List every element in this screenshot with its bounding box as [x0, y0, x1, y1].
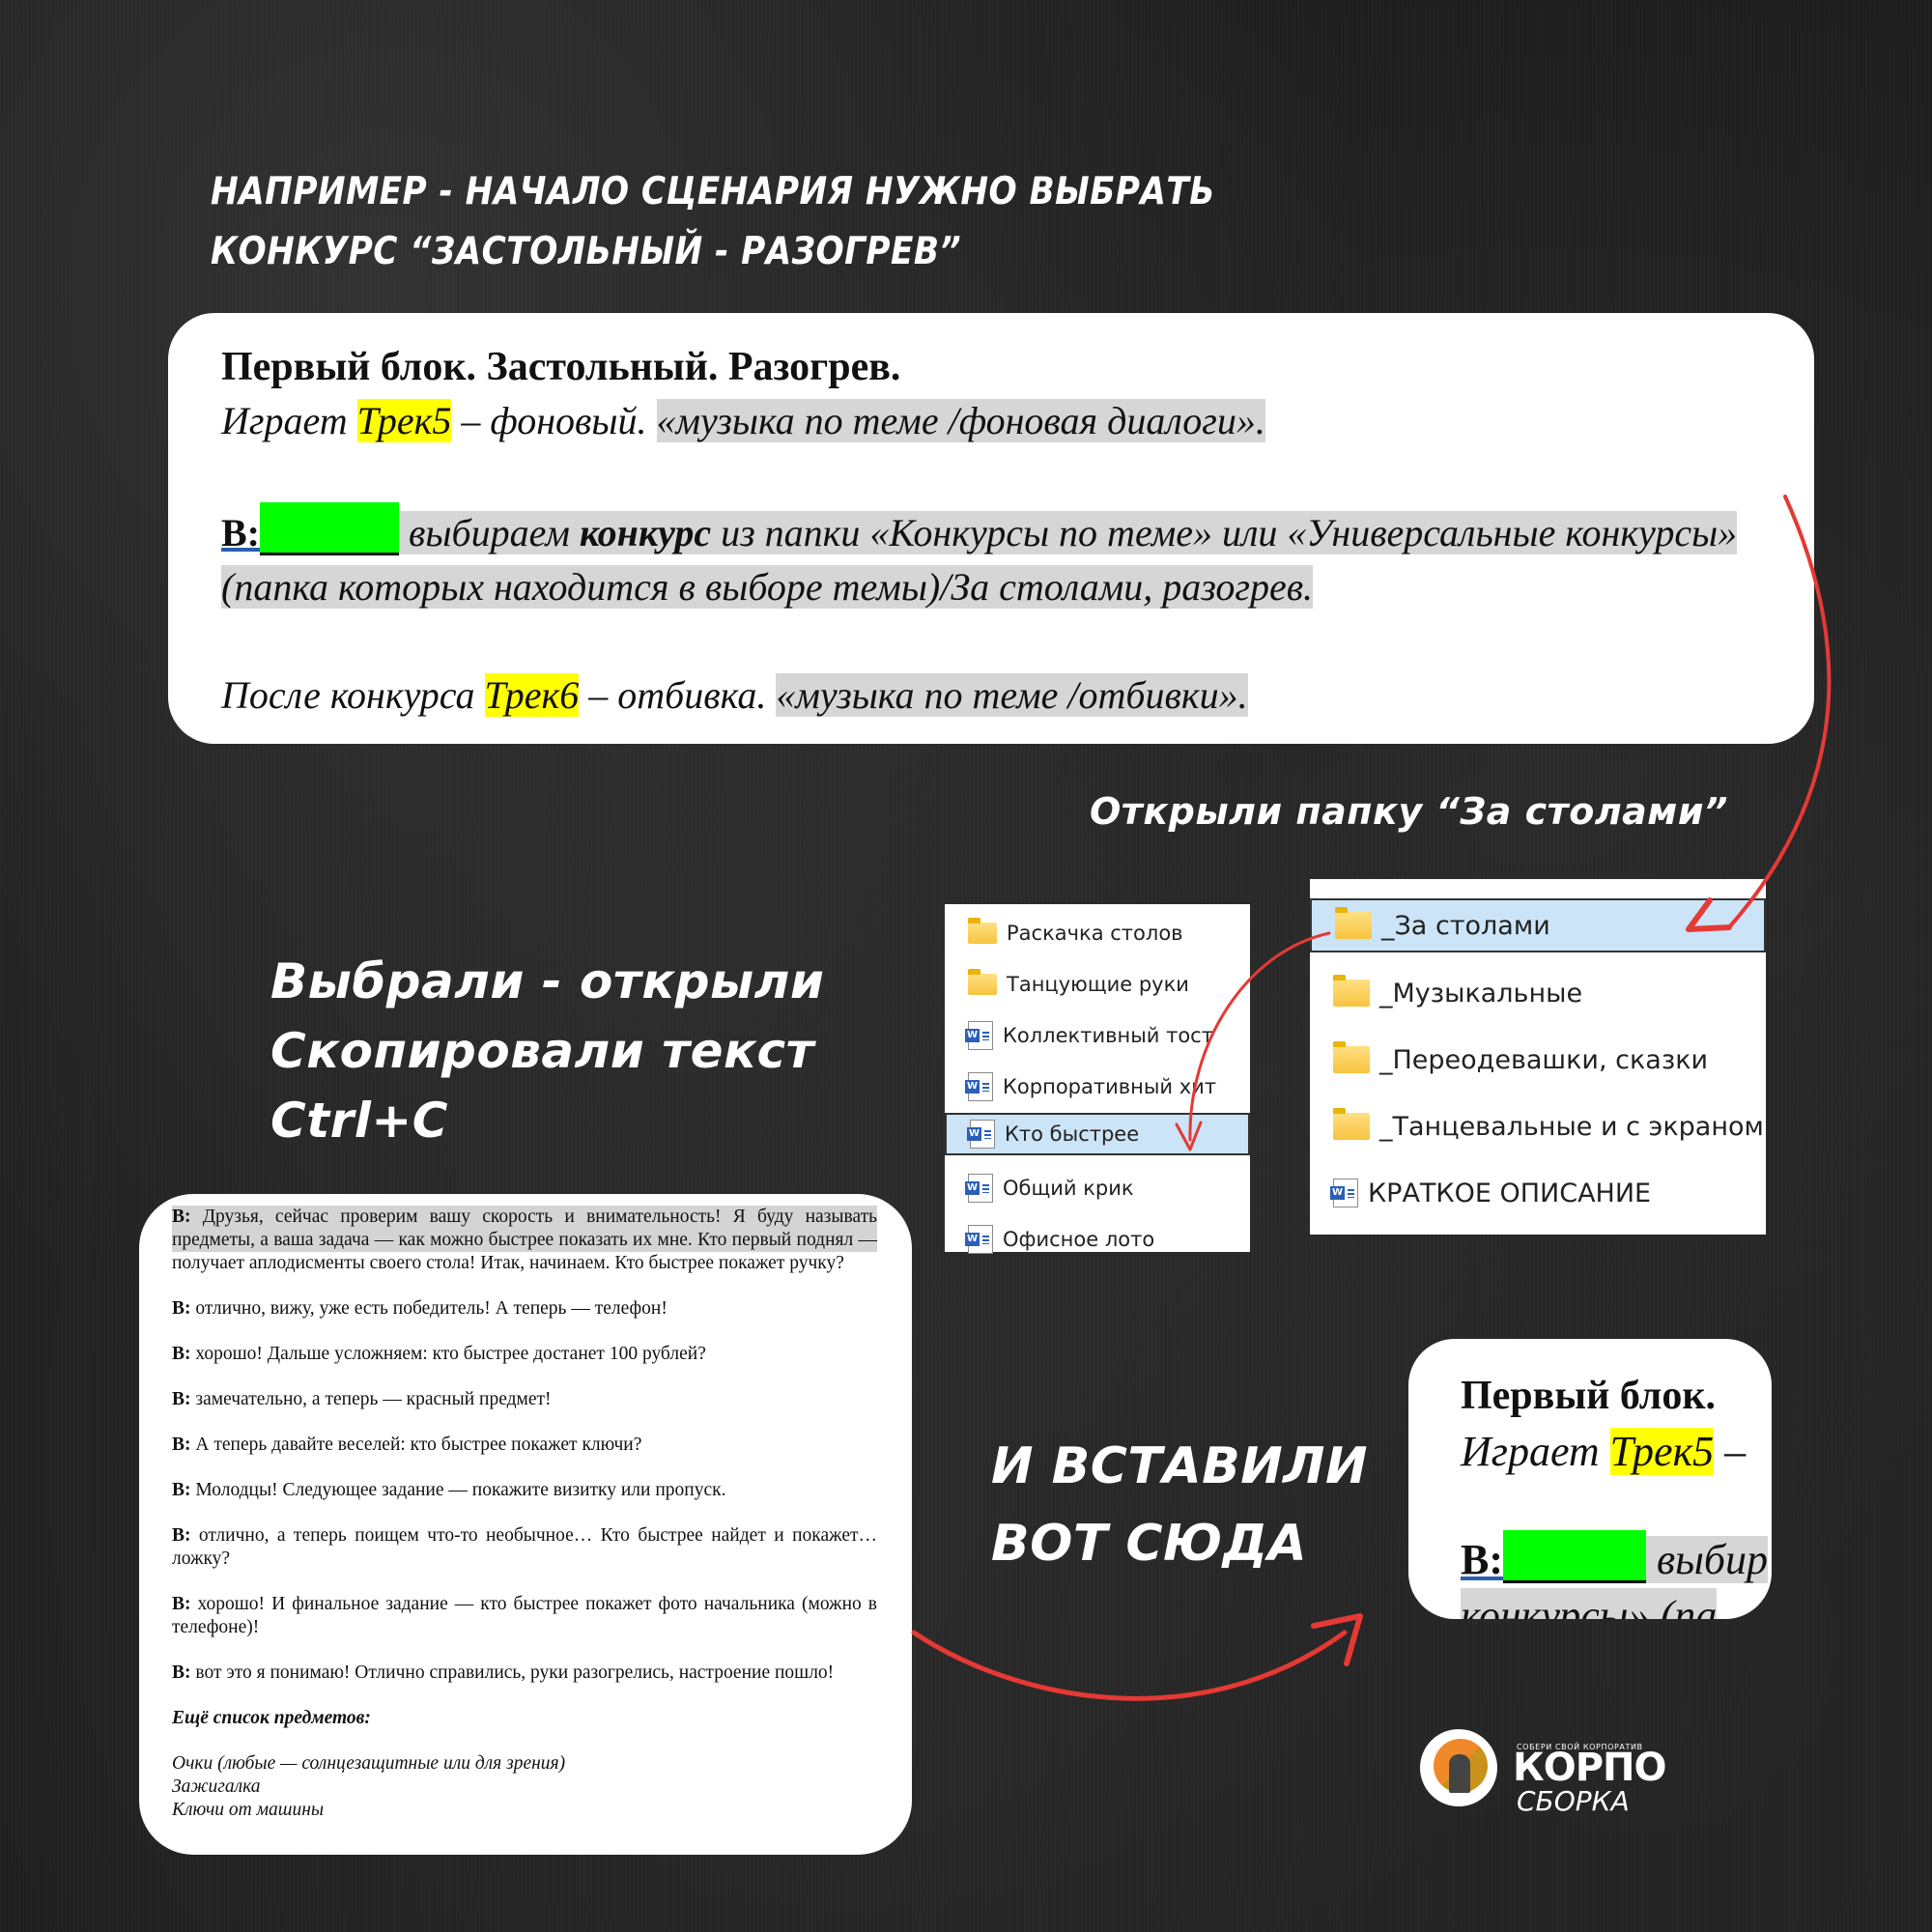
folder-icon [1333, 980, 1370, 1007]
file-item-corporate-hit[interactable]: W Корпоративный хит [945, 1065, 1250, 1108]
page-title: НАПРИМЕР - НАЧАЛО СЦЕНАРИЯ НУЖНО ВЫБРАТЬ… [211, 162, 1215, 282]
folder-icon [1333, 1113, 1370, 1140]
track5-line: Играет Трек5 – фоновый. «музыка по теме … [221, 394, 1786, 448]
word-doc-icon: W [968, 1174, 993, 1203]
logo-mascot-icon [1420, 1729, 1497, 1806]
paste-target-placeholder[interactable] [1503, 1530, 1646, 1583]
arrow-head-paste [1314, 1616, 1360, 1663]
folder-item-musical[interactable]: _Музыкальные [1310, 966, 1766, 1020]
block-heading: Первый блок. Застольный. Разогрев. [221, 340, 1786, 394]
folder-icon [1335, 912, 1372, 939]
folder-icon [968, 974, 997, 995]
script-paragraph: В: отлично, вижу, уже есть победитель! А… [172, 1297, 877, 1321]
script-paragraph: В: А теперь давайте веселей: кто быстрее… [172, 1434, 877, 1457]
brand-logo: СОБЕРИ СВОЙ КОРПОРАТИВ КОРПО СБОРКА [1420, 1729, 1671, 1826]
paste-target-card: Первый блок. Играет Трек5 – В: выбир кон… [1408, 1339, 1772, 1619]
folder-item-dancing-hands[interactable]: Танцующие руки [945, 963, 1250, 1006]
page-title-line-1: НАПРИМЕР - НАЧАЛО СЦЕНАРИЯ НУЖНО ВЫБРАТЬ [211, 162, 1215, 222]
word-doc-icon: W [1333, 1179, 1358, 1207]
file-item-who-faster[interactable]: W Кто быстрее [945, 1113, 1250, 1155]
list-heading: Ещё список предметов: [172, 1707, 877, 1730]
folder-item-raskachka[interactable]: Раскачка столов [945, 912, 1250, 954]
shortcut-ctrl-c: Ctrl+C [270, 1086, 824, 1155]
track-badge: Трек6 [485, 673, 580, 717]
paste-target-placeholder[interactable] [260, 502, 399, 555]
script-paragraph: В: замечательно, а теперь — красный пред… [172, 1388, 877, 1411]
host-label: В: [221, 511, 260, 554]
track-badge: Трек5 [357, 399, 452, 442]
word-doc-icon: W [968, 1072, 993, 1101]
caption-copied: Выбрали - открыли Скопировали текст Ctrl… [270, 947, 824, 1155]
file-item-office-lotto[interactable]: W Офисное лото [945, 1218, 1250, 1261]
folder-item-za-stolami[interactable]: _За столами [1310, 898, 1766, 952]
folder-icon [968, 923, 997, 944]
track6-line: После конкурса Трек6 – отбивка. «музыка … [221, 668, 1786, 723]
caption-opened-folder: Открыли папку “За столами” [1090, 790, 1728, 833]
arrow-script-to-paste [914, 1633, 1345, 1698]
word-doc-icon: W [968, 1021, 993, 1050]
page-title-line-2: КОНКУРС “ЗАСТОЛЬНЫЙ - РАЗОГРЕВ” [211, 222, 1215, 282]
items-list: Очки (любые — солнцезащитные или для зре… [172, 1752, 877, 1822]
script-paragraph: В: хорошо! Дальше усложняем: кто быстрее… [172, 1343, 877, 1366]
caption-pasted: И ВСТАВИЛИ ВОТ СЮДА [991, 1428, 1368, 1582]
script-paragraph: В: хорошо! И финальное задание — кто быс… [172, 1593, 877, 1639]
host-instruction: В: выбираем конкурс из папки «Конкурсы п… [221, 502, 1786, 614]
script-paragraph: В: Молодцы! Следующее задание — покажите… [172, 1479, 877, 1502]
word-doc-icon: W [970, 1120, 995, 1149]
script-paragraph: В: Друзья, сейчас проверим вашу скорость… [172, 1206, 877, 1275]
track-badge: Трек5 [1610, 1428, 1715, 1475]
file-list-za-stolami: Раскачка столов Танцующие руки W Коллект… [945, 904, 1250, 1252]
music-note: «музыка по теме /отбивки». [776, 673, 1247, 717]
folder-icon [1333, 1046, 1370, 1073]
script-paragraph: В: вот это я понимаю! Отлично справились… [172, 1662, 877, 1685]
file-item-toast[interactable]: W Коллективный тост [945, 1014, 1250, 1057]
music-note: «музыка по теме /фоновая диалоги». [657, 399, 1265, 442]
host-instruction-text: выбираем конкурс из папки «Конкурсы по т… [221, 511, 1737, 609]
folder-item-dance[interactable]: _Танцевальные и с экраном [1310, 1099, 1766, 1153]
script-paragraph: В: отлично, а теперь поищем что-то необы… [172, 1524, 877, 1571]
word-doc-icon: W [968, 1225, 993, 1254]
script-document-card: Первый блок. Застольный. Разогрев. Играе… [168, 313, 1814, 744]
file-item-summary[interactable]: W КРАТКОЕ ОПИСАНИЕ [1310, 1166, 1766, 1220]
folder-item-costumes[interactable]: _Переодевашки, сказки [1310, 1033, 1766, 1087]
contest-script-card: В: Друзья, сейчас проверим вашу скорость… [139, 1194, 912, 1855]
folder-list-themes: _За столами _Музыкальные _Переодевашки, … [1310, 879, 1766, 1235]
file-item-common-shout[interactable]: W Общий крик [945, 1167, 1250, 1209]
